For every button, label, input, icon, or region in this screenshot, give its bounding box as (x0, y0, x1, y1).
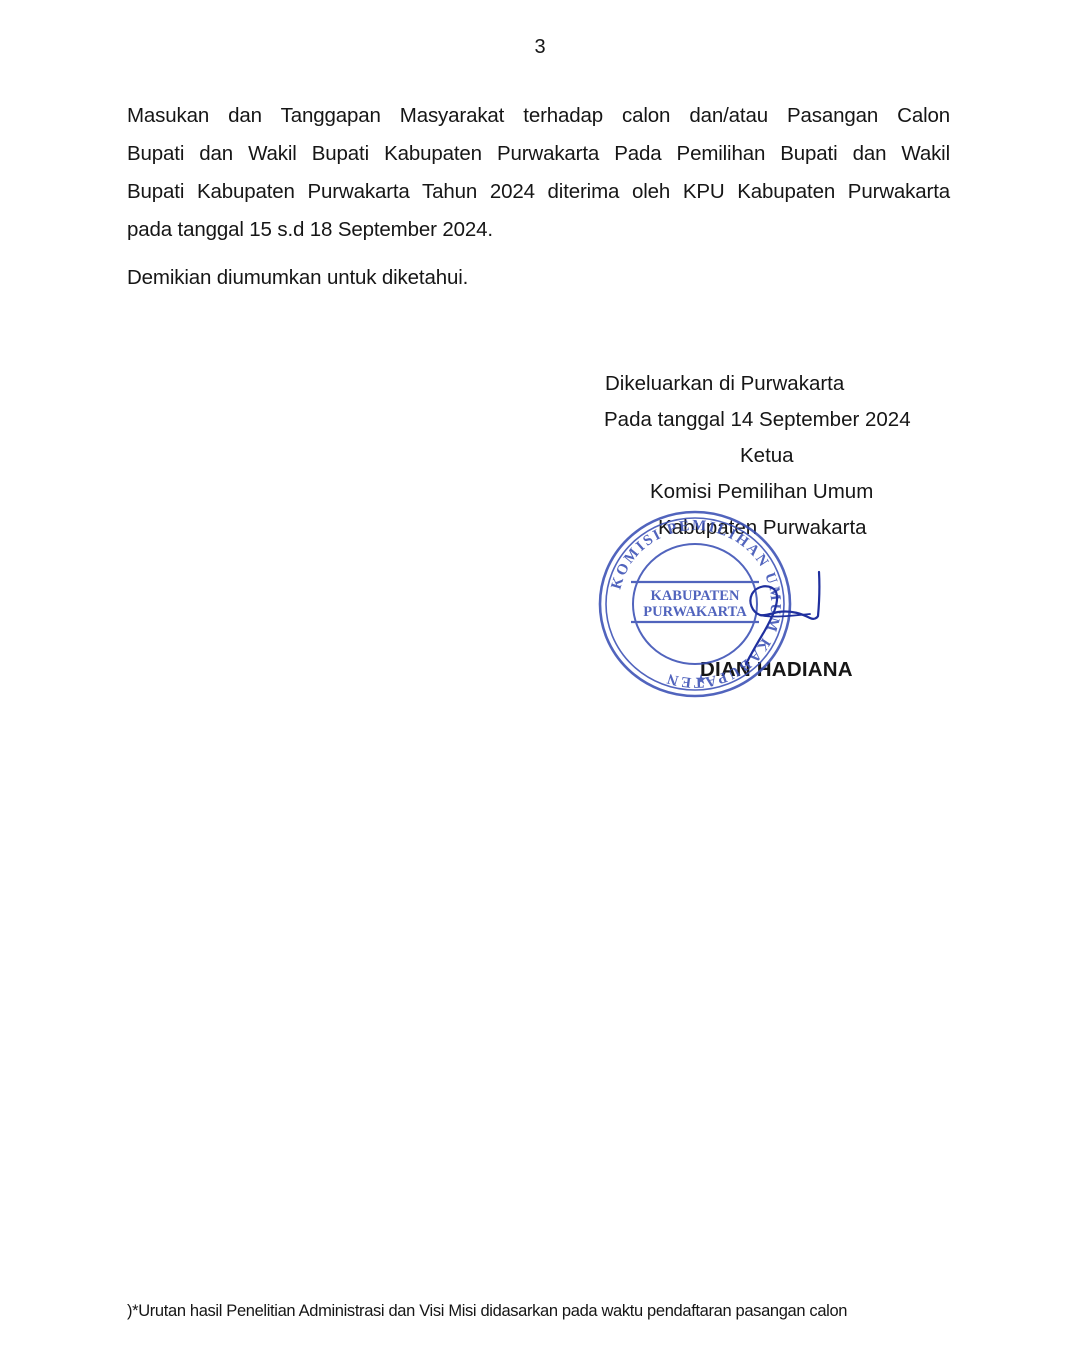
stamp-center-line-2: PURWAKARTA (643, 604, 747, 620)
paragraph-line: Bupati Kabupaten Purwakarta Tahun 2024 d… (127, 173, 950, 211)
page-number: 3 (0, 36, 1080, 59)
paragraph-line: pada tanggal 15 s.d 18 September 2024. (127, 211, 950, 249)
signatory-organization: Komisi Pemilihan Umum (600, 474, 940, 510)
stamp-center-line-1: KABUPATEN (651, 588, 740, 604)
paragraph-line: Bupati dan Wakil Bupati Kabupaten Purwak… (127, 135, 950, 173)
closing-statement: Demikian diumumkan untuk diketahui. (127, 266, 468, 290)
footnote: )*Urutan hasil Penelitian Administrasi d… (127, 1302, 957, 1321)
signatory-position: Ketua (600, 438, 940, 474)
handwritten-signature-icon (740, 560, 840, 670)
stamp-star-icon: ★ (695, 671, 708, 687)
announcement-paragraph: Masukan dan Tanggapan Masyarakat terhada… (127, 97, 950, 249)
paragraph-line: Masukan dan Tanggapan Masyarakat terhada… (127, 97, 950, 135)
issued-place: Dikeluarkan di Purwakarta (600, 366, 940, 402)
issued-date: Pada tanggal 14 September 2024 (600, 402, 940, 438)
